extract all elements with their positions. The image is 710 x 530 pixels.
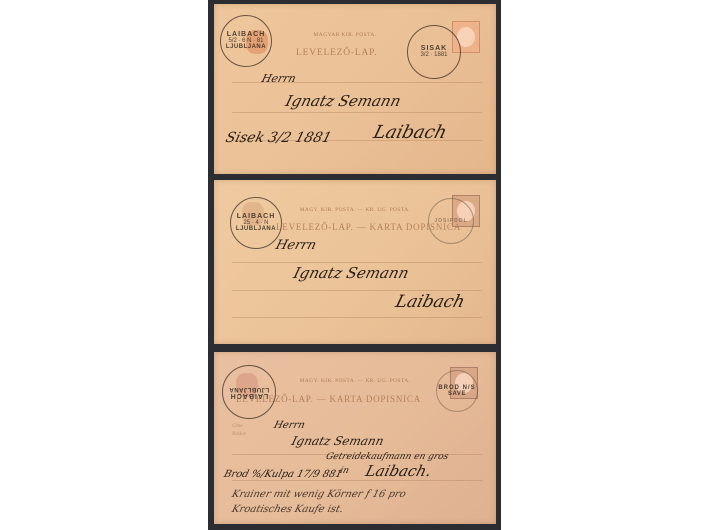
- label-naslov: Naslov: [232, 432, 246, 437]
- postcard-1: MAGYAR KIR. POSTA. LEVELEZŐ-LAP. LAIBACH…: [214, 4, 496, 174]
- handwritten-name: Ignatz Semann: [292, 264, 411, 282]
- handwritten-origin: Sisek 3/2 1881: [224, 130, 333, 146]
- handwritten-destination: Laibach: [371, 122, 449, 143]
- handwritten-name: Ignatz Semann: [284, 92, 403, 110]
- label-cime: Címe: [232, 424, 243, 429]
- postmark-laibach: LAIBACH LJUBLJANA: [222, 365, 276, 419]
- card-title: LEVELEZŐ-LAP.: [296, 48, 377, 58]
- postcard-2: MAGY. KIR. POSTA. — KR. UG. POSTA. LEVEL…: [214, 180, 496, 344]
- address-line: [232, 480, 482, 481]
- handwritten-note-line-1: Krainer mit wenig Körner f 16 pro: [231, 489, 408, 500]
- postcard-3: MAGY. KIR. POSTA. — KR. UG. POSTA. LEVEL…: [214, 352, 496, 524]
- handwritten-origin: Brod %/Kulpa 17/9 881: [223, 469, 344, 480]
- handwritten-destination: Laibach.: [364, 462, 434, 480]
- handwritten-destination: Laibach: [393, 292, 467, 312]
- handwritten-salutation: Herrn: [274, 238, 318, 253]
- address-line: [232, 262, 482, 263]
- handwritten-occupation: Getreidekaufmann en gros: [325, 452, 450, 462]
- handwritten-name: Ignatz Semann: [290, 434, 385, 448]
- postmark-sisak: SISAK 3/2 · 1881: [407, 25, 461, 79]
- postmark-brod: BROD N/S SAVE: [436, 370, 478, 412]
- handwritten-salutation: Herrn: [273, 420, 307, 431]
- address-line: [232, 112, 482, 113]
- address-line: [232, 290, 482, 291]
- address-line: [232, 317, 482, 318]
- postmark-laibach: LAIBACH 25 · 4 · N LJUBLJANA: [230, 197, 282, 249]
- handwritten-salutation: Herrn: [260, 72, 297, 85]
- handwritten-note-line-2: Kroatisches Kaufe ist.: [231, 504, 345, 515]
- postmark-laibach: LAIBACH 5/2 · 6 N · 81 LJUBLJANA: [220, 15, 272, 67]
- postmark-josipdol: JOSIPDOL: [428, 198, 474, 244]
